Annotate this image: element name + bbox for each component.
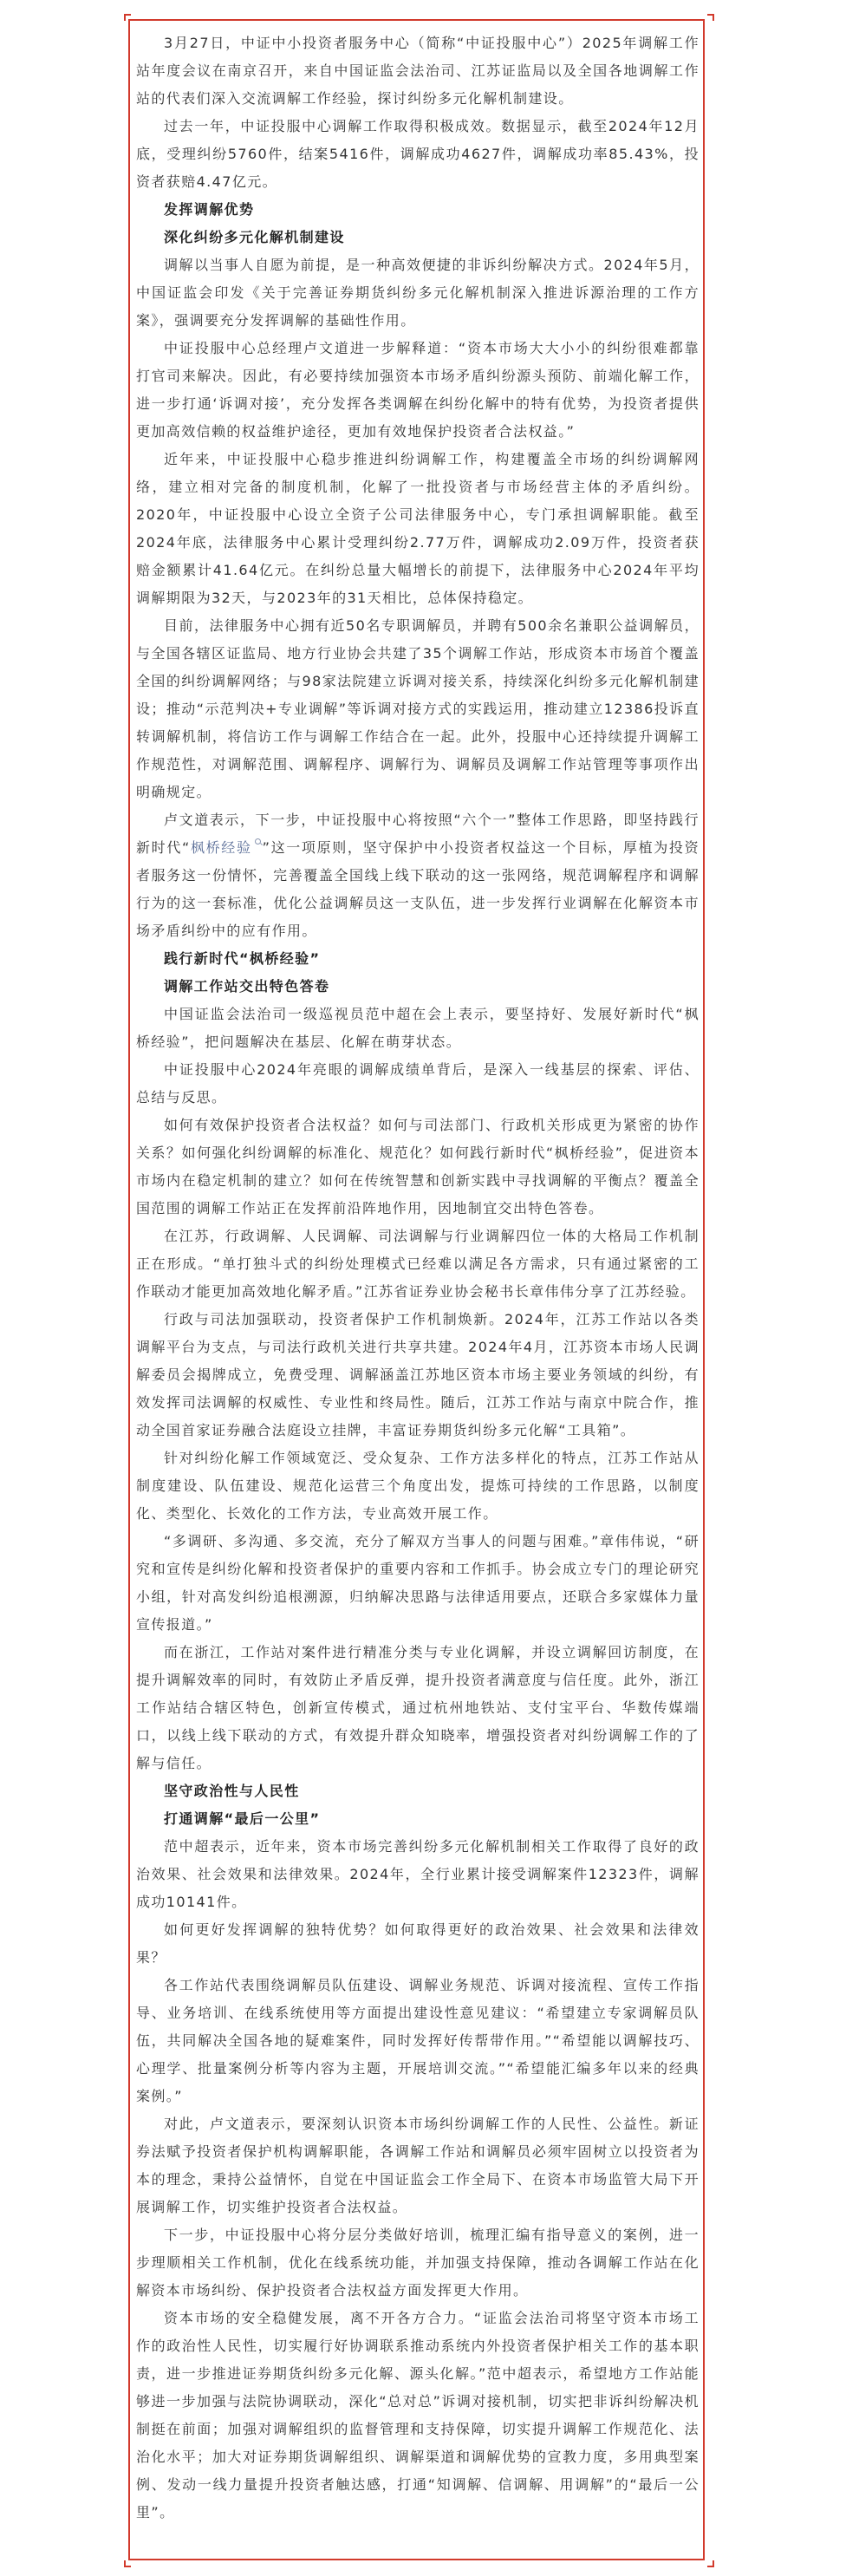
paragraph: 中国证监会法治司一级巡视员范中超在会上表示，要坚持好、发展好新时代“枫桥经验”，…: [136, 1001, 700, 1056]
section-subheading: 深化纠纷多元化解机制建设: [136, 224, 700, 251]
frame-corner-top-right: [707, 14, 714, 21]
paragraph: 而在浙江，工作站对案件进行精准分类与专业化调解，并设立调解回访制度，在提升调解效…: [136, 1639, 700, 1777]
section-heading: 坚守政治性与人民性: [136, 1777, 700, 1805]
section-heading: 发挥调解优势: [136, 196, 700, 224]
paragraph: 过去一年，中证投服中心调解工作取得积极成效。数据显示，截至2024年12月底，受…: [136, 113, 700, 196]
paragraph: 各工作站代表围绕调解员队伍建设、调解业务规范、诉调对接流程、宣传工作指导、业务培…: [136, 1972, 700, 2110]
paragraph: 行政与司法加强联动，投资者保护工作机制焕新。2024年，江苏工作站以各类调解平台…: [136, 1306, 700, 1445]
paragraph: 范中超表示，近年来，资本市场完善纠纷多元化解机制相关工作取得了良好的政治效果、社…: [136, 1833, 700, 1916]
paragraph: 中证投服中心2024年亮眼的调解成绩单背后，是深入一线基层的探索、评估、总结与反…: [136, 1056, 700, 1112]
paragraph: “多调研、多沟通、多交流，充分了解双方当事人的问题与困难。”章伟伟说，“研究和宣…: [136, 1528, 700, 1639]
paragraph: 下一步，中证投服中心将分层分类做好培训，梳理汇编有指导意义的案例，进一步理顺相关…: [136, 2221, 700, 2305]
frame-corner-bottom-left: [124, 2560, 131, 2567]
fengqiao-experience-link[interactable]: 枫桥经验: [191, 839, 252, 856]
paragraph-with-link: 卢文道表示，下一步，中证投服中心将按照“六个一”整体工作思路，即坚持践行新时代“…: [136, 806, 700, 945]
article-body: 3月27日，中证中小投资者服务中心（简称“中证投服中心”）2025年调解工作站年…: [136, 29, 700, 2527]
paragraph: 目前，法律服务中心拥有近50名专职调解员，并聘有500余名兼职公益调解员，与全国…: [136, 612, 700, 806]
section-subheading: 调解工作站交出特色答卷: [136, 973, 700, 1001]
paragraph: 如何有效保护投资者合法权益？如何与司法部门、行政机关形成更为紧密的协作关系？如何…: [136, 1112, 700, 1223]
section-heading: 践行新时代“枫桥经验”: [136, 945, 700, 973]
frame-corner-top-left: [124, 14, 131, 21]
paragraph: 在江苏，行政调解、人民调解、司法调解与行业调解四位一体的大格局工作机制正在形成。…: [136, 1223, 700, 1306]
section-subheading: 打通调解“最后一公里”: [136, 1805, 700, 1833]
paragraph: 对此，卢文道表示，要深刻认识资本市场纠纷调解工作的人民性、公益性。新证券法赋予投…: [136, 2110, 700, 2221]
search-icon[interactable]: [255, 838, 261, 845]
paragraph: 资本市场的安全稳健发展，离不开各方合力。“证监会法治司将坚守资本市场工作的政治性…: [136, 2305, 700, 2527]
paragraph: 中证投服中心总经理卢文道进一步解释道：“资本市场大大小小的纠纷很难都靠打官司来解…: [136, 335, 700, 446]
paragraph: 调解以当事人自愿为前提，是一种高效便捷的非诉纠纷解决方式。2024年5月，中国证…: [136, 251, 700, 335]
paragraph: 如何更好发挥调解的独特优势？如何取得更好的政治效果、社会效果和法律效果？: [136, 1916, 700, 1972]
paragraph: 针对纠纷化解工作领域宽泛、受众复杂、工作方法多样化的特点，江苏工作站从制度建设、…: [136, 1445, 700, 1528]
paragraph: 近年来，中证投服中心稳步推进纠纷调解工作，构建覆盖全市场的纠纷调解网络，建立相对…: [136, 446, 700, 612]
frame-corner-bottom-right: [707, 2560, 714, 2567]
paragraph: 3月27日，中证中小投资者服务中心（简称“中证投服中心”）2025年调解工作站年…: [136, 29, 700, 113]
